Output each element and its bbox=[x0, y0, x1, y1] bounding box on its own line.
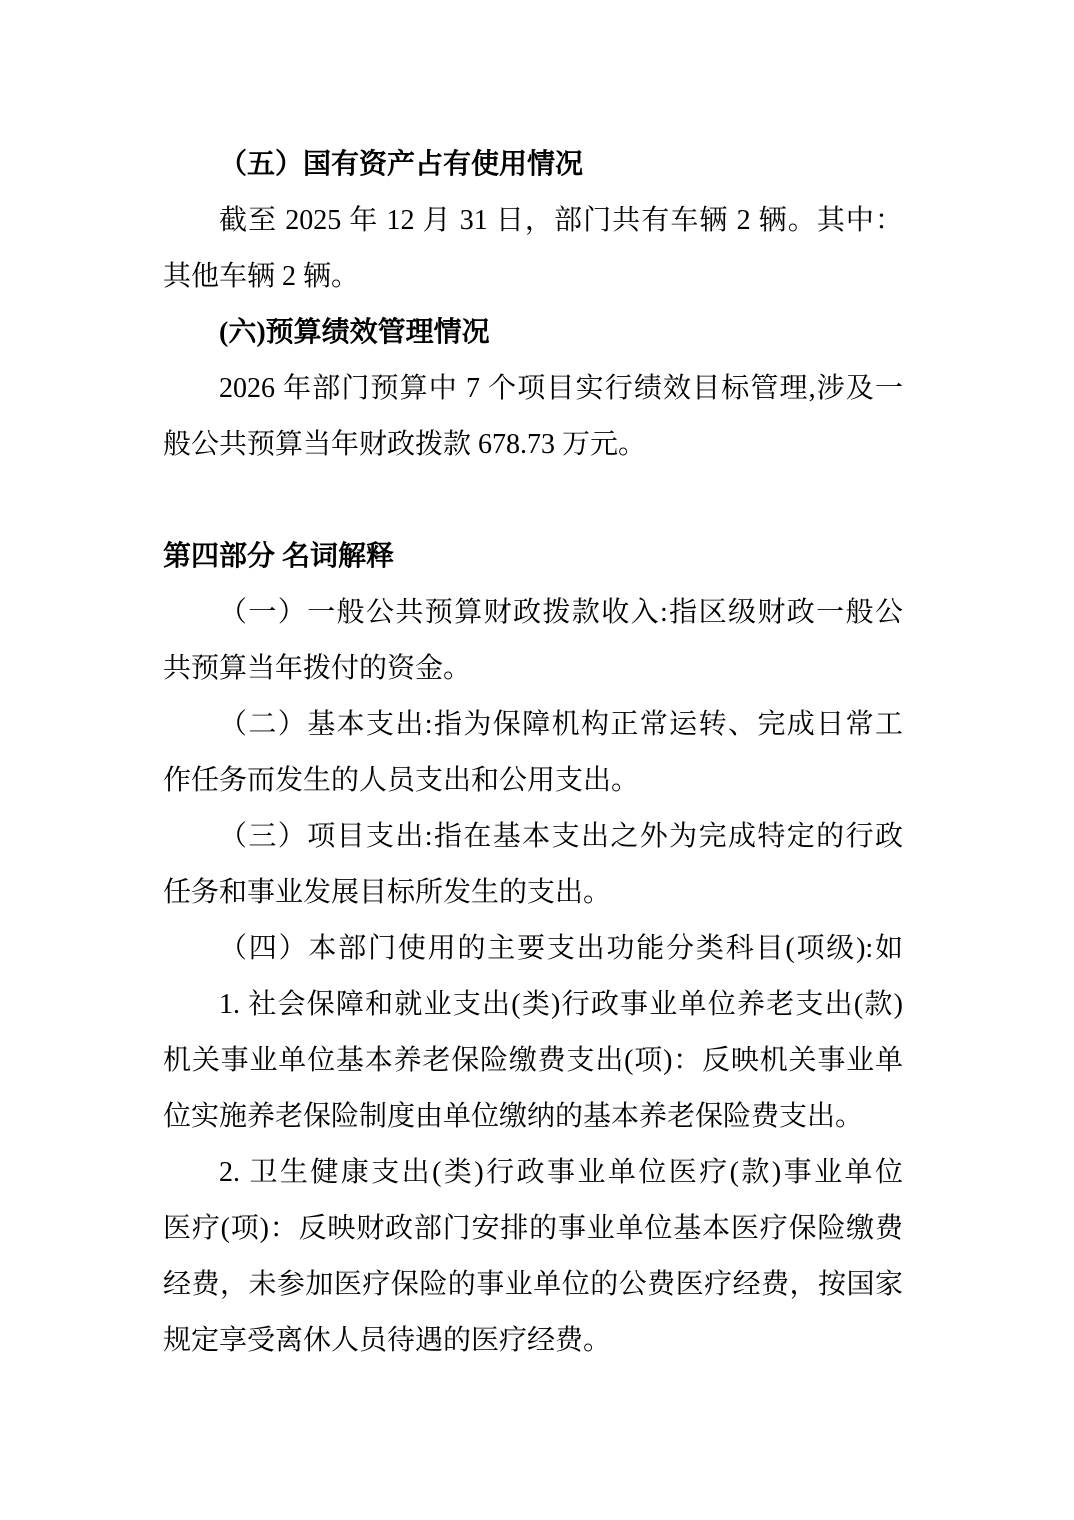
item-1-line-3: 位实施养老保险制度由单位缴纳的基本养老保险费支出。 bbox=[163, 1089, 903, 1145]
section-5-paragraph-line-2: 其他车辆 2 辆。 bbox=[163, 249, 903, 305]
item-1-line-2: 机关事业单位基本养老保险缴费支出(项)：反映机关事业单 bbox=[163, 1033, 903, 1089]
item-1-line-1: 1. 社会保障和就业支出(类)行政事业单位养老支出(款) bbox=[163, 977, 903, 1033]
section-6-heading: (六)预算绩效管理情况 bbox=[163, 305, 903, 361]
item-2-line-3: 经费，未参加医疗保险的事业单位的公费医疗经费，按国家 bbox=[163, 1257, 903, 1313]
section-6-paragraph-line-2: 般公共预算当年财政拨款 678.73 万元。 bbox=[163, 417, 903, 473]
term-3-line-1: （三）项目支出:指在基本支出之外为完成特定的行政 bbox=[163, 809, 903, 865]
document-body: （五）国有资产占有使用情况 截至 2025 年 12 月 31 日，部门共有车辆… bbox=[163, 137, 903, 1369]
section-6-paragraph-line-1: 2026 年部门预算中 7 个项目实行绩效目标管理,涉及一 bbox=[163, 361, 903, 417]
section-5-heading: （五）国有资产占有使用情况 bbox=[163, 137, 903, 193]
term-4-line-1: （四）本部门使用的主要支出功能分类科目(项级):如 bbox=[163, 921, 903, 977]
item-2-line-1: 2. 卫生健康支出(类)行政事业单位医疗(款)事业单位 bbox=[163, 1145, 903, 1201]
term-3-line-2: 任务和事业发展目标所发生的支出。 bbox=[163, 865, 903, 921]
term-2-line-2: 作任务而发生的人员支出和公用支出。 bbox=[163, 753, 903, 809]
part-4-heading: 第四部分 名词解释 bbox=[163, 529, 903, 585]
term-1-line-1: （一）一般公共预算财政拨款收入:指区级财政一般公 bbox=[163, 585, 903, 641]
section-5-paragraph-line-1: 截至 2025 年 12 月 31 日，部门共有车辆 2 辆。其中： bbox=[163, 193, 903, 249]
document-page: （五）国有资产占有使用情况 截至 2025 年 12 月 31 日，部门共有车辆… bbox=[0, 0, 1074, 1520]
item-2-line-2: 医疗(项)：反映财政部门安排的事业单位基本医疗保险缴费 bbox=[163, 1201, 903, 1257]
blank-line bbox=[163, 473, 903, 529]
term-2-line-1: （二）基本支出:指为保障机构正常运转、完成日常工 bbox=[163, 697, 903, 753]
term-1-line-2: 共预算当年拨付的资金。 bbox=[163, 641, 903, 697]
item-2-line-4: 规定享受离休人员待遇的医疗经费。 bbox=[163, 1313, 903, 1369]
